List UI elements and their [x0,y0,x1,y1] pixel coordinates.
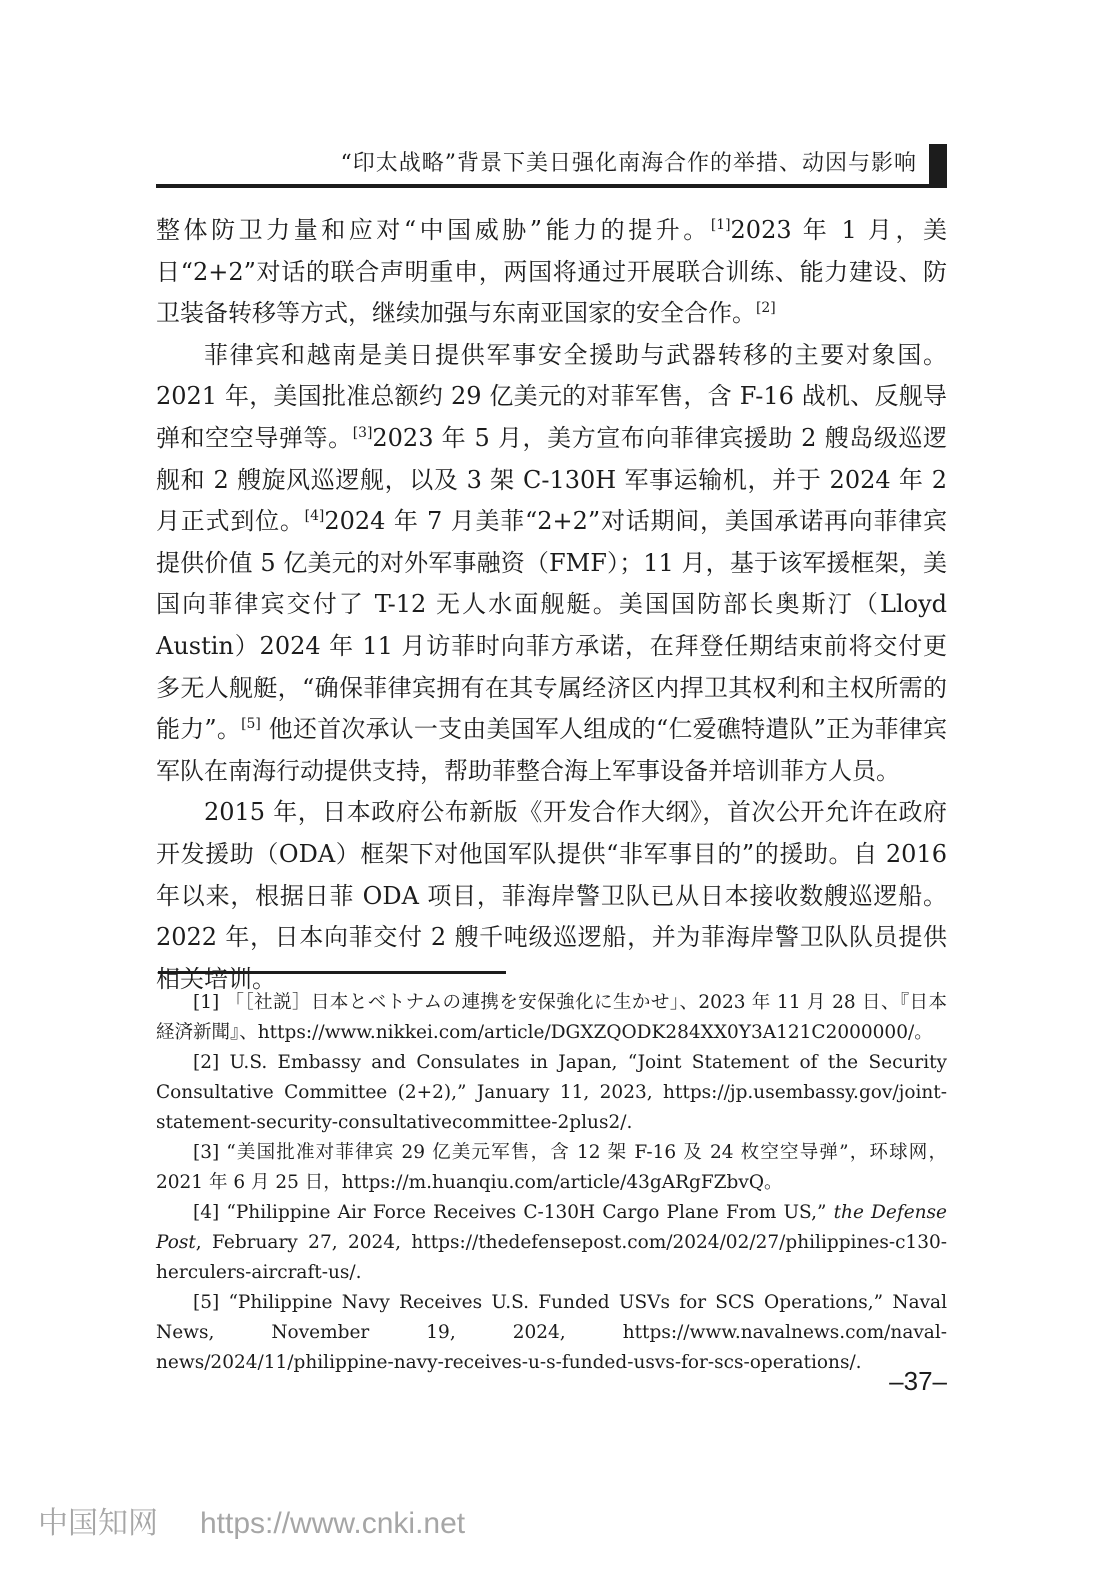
cnki-brand: 中国知网 [38,1498,158,1542]
header-rule [156,184,947,188]
footnote-separator [158,971,506,974]
text-run: [3] “美国批准对菲律宾 29 亿美元军售，含 12 架 F-16 及 24 … [156,1142,947,1193]
page-header: “印太战略”背景下美日强化南海合作的举措、动因与影响 [156,144,947,188]
running-header-title: “印太战略”背景下美日强化南海合作的举措、动因与影响 [341,146,918,184]
footnote-marker: [2] [756,300,776,316]
text-run: [4] “Philippine Air Force Receives C-130… [193,1202,834,1223]
body-paragraph: 2015 年，日本政府公布新版《开发合作大纲》，首次公开允许在政府开发援助（OD… [156,792,947,1000]
text-run: 整体防卫力量和应对“中国威胁”能力的提升。 [156,216,711,244]
cnki-watermark: 中国知网 https://www.cnki.net [38,1498,465,1542]
page-number: –37– [156,1366,947,1397]
text-run: 他还首次承认一支由美国军人组成的“仁爱礁特遣队”正为菲律宾军队在南海行动提供支持… [156,715,947,785]
article-body: 整体防卫力量和应对“中国威胁”能力的提升。[1]2023 年 1 月，美日“2+… [156,210,947,1000]
text-run: [2] U.S. Embassy and Consulates in Japan… [156,1052,947,1133]
text-run: [1] 「［社説］日本とベトナムの連携を安保強化に生かせ」、2023 年 11 … [156,992,947,1043]
body-paragraph: 整体防卫力量和应对“中国威胁”能力的提升。[1]2023 年 1 月，美日“2+… [156,210,947,335]
body-paragraph: 菲律宾和越南是美日提供军事安全援助与武器转移的主要对象国。2021 年，美国批准… [156,335,947,793]
footnote-item: [5] “Philippine Navy Receives U.S. Funde… [156,1288,947,1378]
footnote-item: [2] U.S. Embassy and Consulates in Japan… [156,1048,947,1138]
footnote-marker: [5] [241,716,261,732]
text-run: 2024 年 7 月美菲“2+2”对话期间，美国承诺再向菲律宾提供价值 5 亿美… [156,507,947,743]
footnote-item: [3] “美国批准对菲律宾 29 亿美元军售，含 12 架 F-16 及 24 … [156,1138,947,1198]
text-run: , February 27, 2024, https://thedefensep… [156,1232,947,1283]
footnote-item: [4] “Philippine Air Force Receives C-130… [156,1198,947,1288]
footnote-marker: [4] [305,508,325,524]
text-run: 2015 年，日本政府公布新版《开发合作大纲》，首次公开允许在政府开发援助（OD… [156,798,947,992]
header-black-block [929,144,947,184]
footnote-marker: [1] [711,217,731,233]
document-page: “印太战略”背景下美日强化南海合作的举措、动因与影响 整体防卫力量和应对“中国威… [0,0,1102,1575]
footnote-item: [1] 「［社説］日本とベトナムの連携を安保強化に生かせ」、2023 年 11 … [156,988,947,1048]
footnote-marker: [3] [353,425,373,441]
cnki-url: https://www.cnki.net [200,1507,465,1541]
footnotes-list: [1] 「［社説］日本とベトナムの連携を安保強化に生かせ」、2023 年 11 … [156,988,947,1378]
text-run: [5] “Philippine Navy Receives U.S. Funde… [156,1292,947,1373]
